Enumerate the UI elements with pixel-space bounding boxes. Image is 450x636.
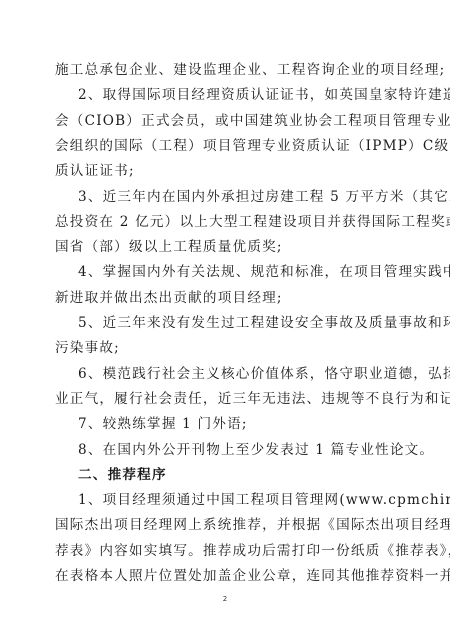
criterion-5: 5、近三年来没有发生过工程建设安全事故及质量事故和环境 [78,315,397,331]
text-line: 质认证证书; [55,163,397,179]
criterion-3: 3、近三年内在国内外承担过房建工程 5 万平方米（其它工程 [78,189,397,205]
text-line: 总投资在 2 亿元）以上大型工程建设项目并获得国际工程奖或中 [55,214,397,230]
text-line: 国省（部）级以上工程质量优质奖; [55,239,397,255]
criterion-6: 6、模范践行社会主义核心价值体系，恪守职业道德，弘扬行 [78,366,397,382]
criterion-4: 4、掌握国内外有关法规、规范和标准，在项目管理实践中创 [78,264,397,280]
page-number: 2 [0,595,450,603]
text-line: 业正气，履行社会责任，近三年无违法、违规等不良行为和记录; [55,391,397,407]
section-heading: 二、推荐程序 [78,467,397,483]
procedure-1: 1、项目经理须通过中国工程项目管理网(www.cpmchina.com) [78,492,397,508]
text-line: 会组织的国际（工程）项目管理专业资质认证（IPMP）C级以上资 [55,138,397,154]
criterion-2: 2、取得国际项目经理资质认证证书，如英国皇家特许建造学 [78,87,397,103]
text-line: 在表格本人照片位置处加盖企业公章，连同其他推荐资料一并报 [55,568,397,584]
text-line: 荐表》内容如实填写。推荐成功后需打印一份纸质《推荐表》，并 [55,543,397,559]
text-line: 新进取并做出杰出贡献的项目经理; [55,290,397,306]
document-page: 施工总承包企业、建设监理企业、工程咨询企业的项目经理; 2、取得国际项目经理资质… [0,0,450,636]
text-line: 会（CIOB）正式会员，或中国建筑业协会工程项目管理专业委员 [55,113,397,129]
criterion-7: 7、较熟练掌握 1 门外语; [78,416,397,432]
text-line: 国际杰出项目经理网上系统推荐，并根据《国际杰出项目经理推 [55,517,397,533]
text-line: 污染事故; [55,340,397,356]
criterion-8: 8、在国内外公开刊物上至少发表过 1 篇专业性论文。 [78,442,397,458]
text-line: 施工总承包企业、建设监理企业、工程咨询企业的项目经理; [55,62,397,78]
